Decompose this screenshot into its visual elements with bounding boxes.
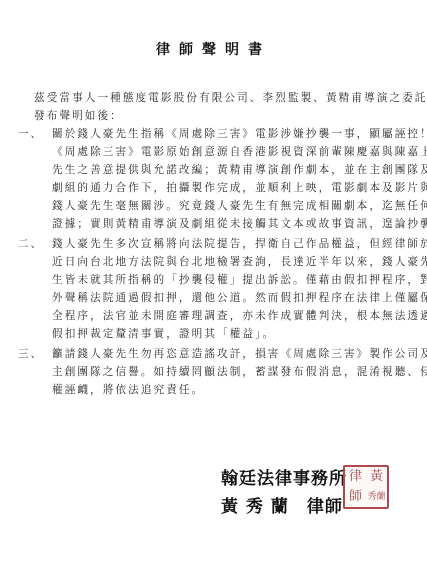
section-line: 全程序，法官並未開庭審理調查，亦未作成實體判決，根本無法透過 — [52, 310, 427, 322]
section-line: 劇組的通力合作下，拍攝製作完成，並順利上映，電影劇本及影片與 — [52, 182, 427, 194]
section-line: 外聲稱法院通過假扣押，還他公道。然而假扣押程序在法律上僅屬保 — [52, 292, 427, 304]
section-line: 主創團隊之信譽。如持續罔顧法制，蓄謀發布假消息，混淆視聽、侵 — [52, 366, 427, 378]
section-line: 證據；實則黃精甫導演及劇組從未接觸其文本或故事資訊，遑論抄襲。 — [52, 218, 427, 230]
section-line: 先生之善意提供與允諾改編；黃精甫導演創作劇本，並在主創團隊及 — [52, 164, 427, 176]
document-title: 律師聲明書 — [0, 39, 427, 59]
lawyer-name: 黃 秀 蘭 律師 — [221, 492, 343, 517]
seal-char: 黃 — [366, 467, 387, 487]
section-number: 二、 — [18, 238, 43, 250]
section-line: 《周處除三害》電影原始創意源自香港影視資深前輩陳慶嘉與陳嘉上 — [52, 146, 427, 158]
section-number: 一、 — [18, 128, 43, 140]
section-line: 關於錢人豪先生指稱《周處除三害》電影涉嫌抄襲一事，顯屬誣控！ — [52, 128, 427, 140]
section-number: 三、 — [18, 348, 43, 360]
intro-line: 茲受當事人一種態度電影股份有限公司、李烈監製、黃精甫導演之委託， — [34, 92, 427, 104]
section-line: 錢人豪先生多次宣稱將向法院提告，捍衛自己作品權益，但經律師於 — [52, 238, 427, 250]
section-line: 權誣衊，將依法追究責任。 — [52, 384, 204, 396]
section-line: 近日向台北地方法院與台北地檢署查詢，長達近半年以來，錢人豪先 — [52, 256, 427, 268]
red-seal-stamp: 律 黃 師 秀蘭 — [343, 465, 389, 509]
seal-char: 秀蘭 — [366, 487, 387, 507]
intro-line: 發布聲明如後： — [34, 110, 123, 122]
section-line: 籲請錢人豪先生勿再恣意造謠攻訐，損害《周處除三害》製作公司及 — [52, 348, 427, 360]
seal-char: 律 — [345, 467, 366, 487]
section-line: 假扣押裁定釐清事實，證明其「權益」。 — [52, 328, 275, 340]
section-line: 生皆未就其所指稱的「抄襲侵權」提出訴訟。僅藉由假扣押程序，對 — [52, 274, 427, 286]
section-line: 錢人豪先生毫無關涉。究竟錢人豪先生有無完成相關劇本，迄無任何 — [52, 200, 427, 212]
seal-char: 師 — [345, 487, 366, 507]
law-firm-name: 翰廷法律事務所 — [221, 464, 347, 489]
